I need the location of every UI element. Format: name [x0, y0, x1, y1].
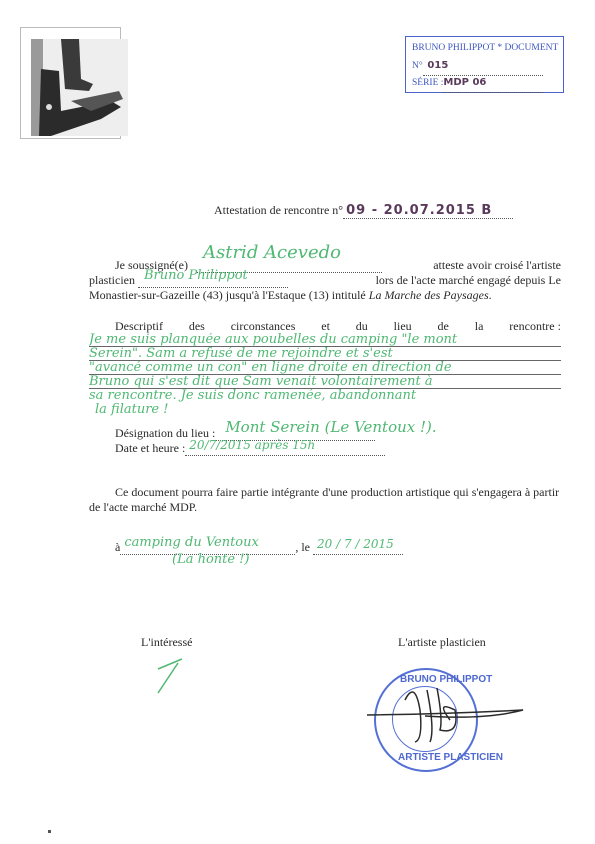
stamp-series-row: SÉRIE :MDP 06 [412, 74, 557, 91]
interesse-label: L'intéressé [141, 635, 192, 650]
desc-word: Descriptif [115, 319, 163, 333]
datetime-line: Date et heure :20/7/2015 après 15h [115, 441, 587, 456]
description-handwritten-line: "avancé comme un con" en ligne droite en… [89, 361, 561, 375]
description-handwritten-line: Je me suis planquée aux poubelles du cam… [89, 333, 561, 347]
acte-text: lors de l'acte marché engagé depuis Le [376, 273, 561, 287]
date-value-handwritten: 20 / 7 / 2015 [317, 537, 394, 551]
stamp-series-value: MDP 06 [443, 77, 486, 88]
atteste-text: atteste avoir croisé l'artiste [433, 258, 561, 272]
description-heading: Descriptif des circonstances et du lieu … [115, 319, 561, 333]
document-stamp-box: BRUNO PHILIPPOT * DOCUMENT N° 015 SÉRIE … [405, 36, 564, 93]
route-text: Monastier-sur-Gazeille (43) jusqu'à l'Es… [89, 288, 369, 302]
stamp-bottom-text: ARTISTE PLASTICIEN [398, 752, 503, 763]
artwork-photo-frame [20, 27, 121, 139]
desc-word: lieu [394, 319, 412, 333]
feet-photo-image [31, 39, 128, 136]
le-label: , le [295, 540, 310, 554]
attestation-line: Attestation de rencontre n° 09 - 20.07.2… [214, 203, 513, 219]
stamp-number-label: N° [412, 61, 423, 71]
artist-name-handwritten: Bruno Philippot [144, 269, 248, 283]
artist-label: L'artiste plasticien [398, 635, 486, 650]
period: . [489, 288, 492, 302]
datetime-label: Date et heure : [115, 441, 185, 455]
stamp-number-row: N° 015 [412, 57, 557, 74]
desc-word: et [321, 319, 330, 333]
desc-word: circonstances [231, 319, 296, 333]
desc-word: rencontre : [509, 319, 561, 333]
place-value-handwritten: Mont Serein (Le Ventoux !). [225, 420, 436, 434]
declaration-line-3: Monastier-sur-Gazeille (43) jusqu'à l'Es… [89, 288, 561, 302]
stamp-number-value: 015 [427, 60, 448, 71]
attestation-label: Attestation de rencontre n° [214, 203, 343, 217]
desc-word: de [438, 319, 449, 333]
at-value-handwritten: camping du Ventoux [124, 536, 259, 550]
description-handwritten-line: Serein". Sam a refusé de me rejoindre et… [89, 347, 561, 361]
place-line: Désignation du lieu :Mont Serein (Le Ven… [115, 426, 587, 441]
stamp-title: BRUNO PHILIPPOT * DOCUMENT [412, 40, 557, 57]
scan-speck [48, 830, 51, 833]
declaration-line-2: plasticien Bruno Philippot lors de l'act… [89, 273, 561, 288]
at-note-handwritten: (La honte !) [172, 552, 250, 567]
description-handwritten-line: la filature ! [95, 403, 567, 417]
artist-signature [365, 680, 525, 750]
desc-word: du [356, 319, 368, 333]
description-handwritten-line: sa rencontre. Je suis donc ramenée, aban… [89, 389, 561, 403]
description-handwritten-line: Bruno qui s'est dit que Sam venait volon… [89, 375, 561, 389]
stamp-series-label: SÉRIE : [412, 78, 443, 88]
desc-word: la [475, 319, 484, 333]
work-title: La Marche des Paysages [369, 288, 489, 302]
datetime-value-handwritten: 20/7/2015 après 15h [189, 438, 315, 452]
notice-line-1: Ce document pourra faire partie intégran… [115, 485, 587, 499]
desc-word: des [189, 319, 205, 333]
attestation-number: 09 - 20.07.2015 B [346, 203, 492, 218]
signer-name-handwritten: Astrid Acevedo [203, 246, 341, 260]
notice-line-2: de l'acte marché MDP. [89, 500, 561, 514]
interesse-signature [150, 655, 190, 695]
plasticien-label: plasticien [89, 273, 135, 287]
